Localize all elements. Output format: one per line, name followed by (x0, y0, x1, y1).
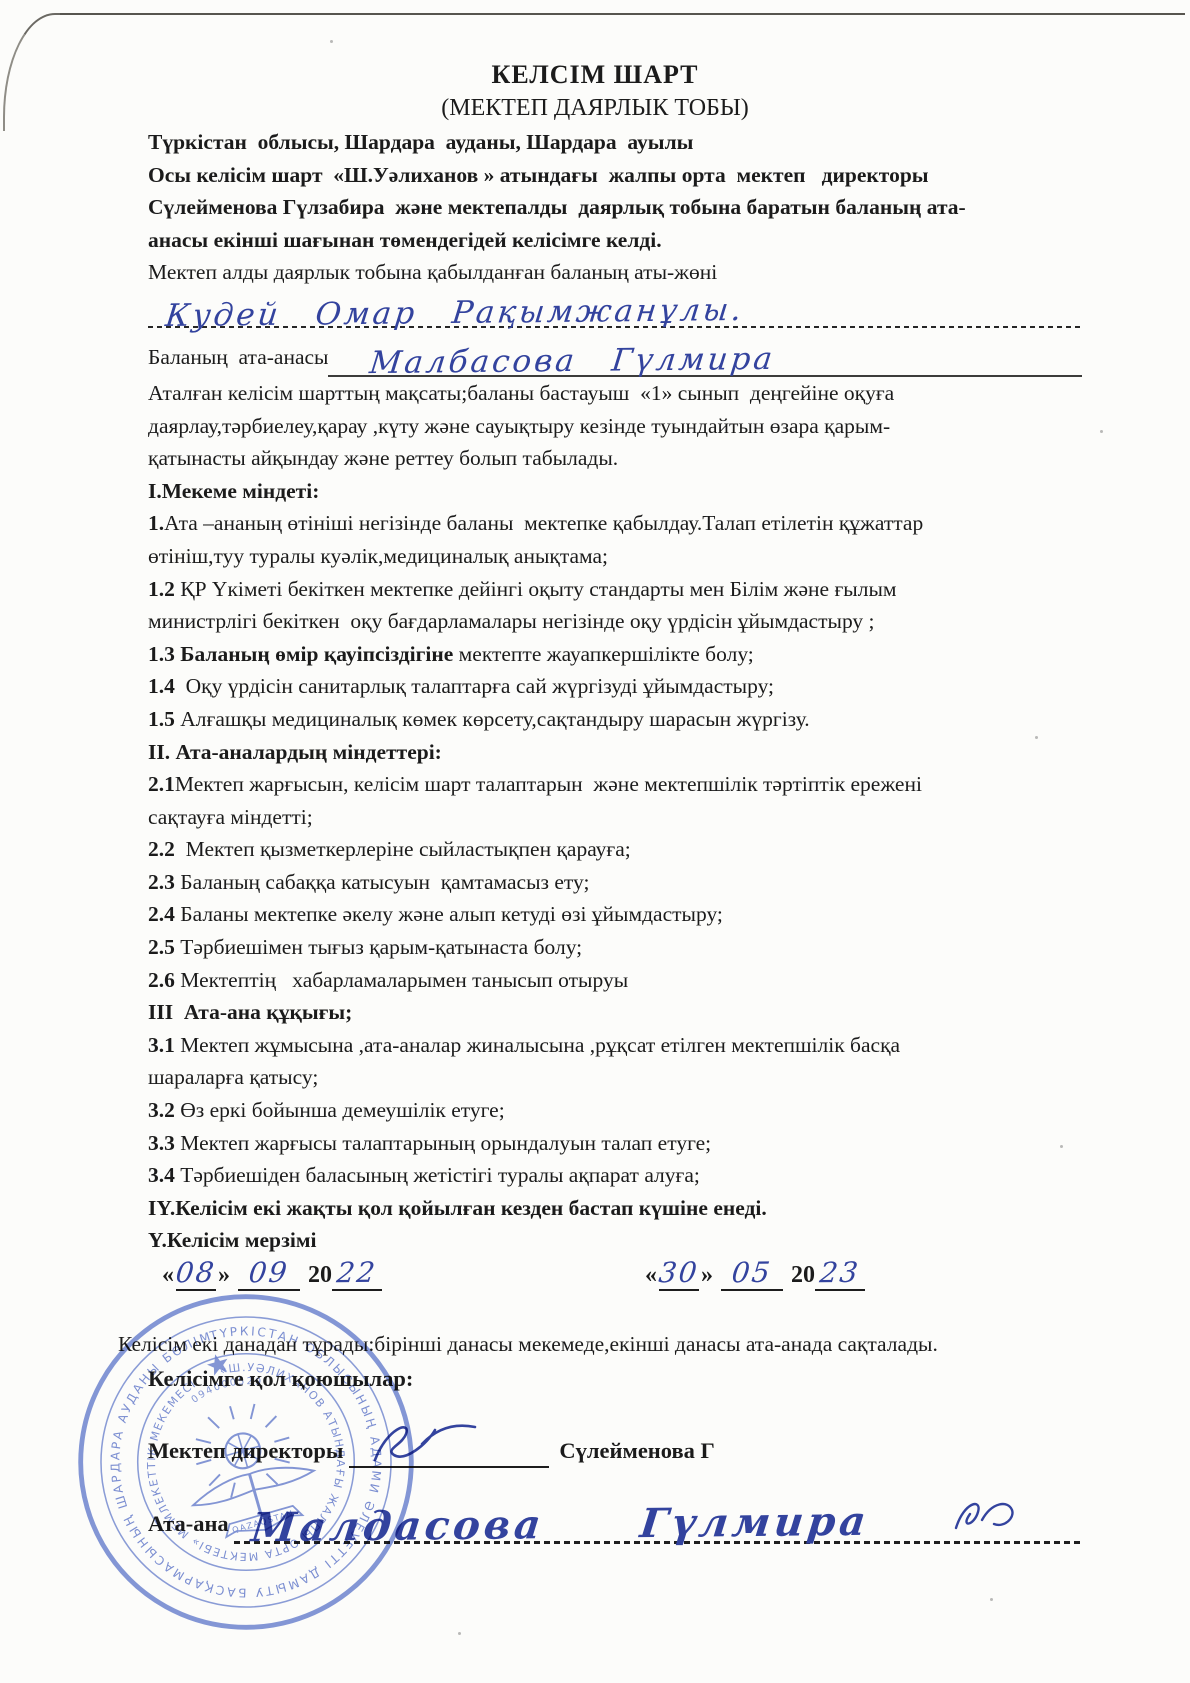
line-bold-text: II. Ата-аналардың міндеттері: (148, 740, 442, 764)
start-date: «08»092022 (162, 1256, 382, 1291)
document-line: 3.4 Тәрбиешіден баласының жетістігі тура… (148, 1159, 1082, 1192)
line-bold-text: III Ата-ана құқығы; (148, 1000, 352, 1024)
line-regular-text: Тәрбиешімен тығыз қарым-қатынаста болу; (175, 935, 582, 959)
document-line: министрлігі бекіткен оқу бағдарламалары … (148, 605, 1082, 638)
document-title: КЕЛСІМ ШАРТ (0, 60, 1190, 90)
document-line: Осы келісім шарт «Ш.Уәлиханов » атындағы… (148, 159, 1082, 192)
director-label: Мектеп директоры (148, 1434, 343, 1468)
line-regular-text: Баланы мектепке әкелу және алып кетуді ө… (175, 902, 723, 926)
document-subtitle: (МЕКТЕП ДАЯРЛЫК ТОБЫ) (0, 95, 1190, 122)
document-line: 3.2 Өз еркі бойынша демеушілік етуге; (148, 1094, 1082, 1127)
document-line: анасы екінші шағынан төмендегідей келісі… (148, 224, 1082, 257)
line-bold-text: 2.5 (148, 935, 175, 959)
document-line: 1.5 Алғашқы медициналық көмек көрсету,са… (148, 703, 1082, 736)
document-line: II. Ата-аналардың міндеттері: (148, 736, 1082, 769)
document-line: 2.3 Баланың сабаққа катысуын қамтамасыз … (148, 866, 1082, 899)
document-line: 2.2 Мектеп қызметкерлеріне сыйластықпен … (148, 833, 1082, 866)
child-name-handwritten-row: Кудей Омар Рақымжанұлы. (148, 289, 1082, 333)
document-line: 2.5 Тәрбиешімен тығыз қарым-қатынаста бо… (148, 931, 1082, 964)
line-regular-text: ҚР Үкіметі бекіткен мектепке дейінгі оқы… (175, 577, 897, 601)
document-line: сақтауға міндетті; (148, 801, 1082, 834)
open-quote: « (162, 1262, 174, 1288)
parent-signature-handwritten: Малдасова Гүлмира (249, 1498, 872, 1551)
line-bold-text: 2.6 (148, 968, 175, 992)
line-regular-text: Аталған келісім шарттың мақсаты;баланы б… (148, 381, 894, 405)
line-bold-text: 2.1 (148, 772, 175, 796)
document-line: 3.3 Мектеп жарғысы талаптарының орындалу… (148, 1127, 1082, 1160)
parent-name-label: Баланың ата-анасы (148, 337, 328, 377)
line-regular-text: Алғашқы медициналық көмек көрсету,сақтан… (175, 707, 810, 731)
document-line: Мектеп алды даярлык тобына қабылданған б… (148, 256, 1082, 289)
document-line: Y.Келісім мерзімі (148, 1224, 1082, 1257)
line-regular-text: қатынасты айқындау және реттеу болып таб… (148, 446, 618, 470)
line-bold-text: 2.3 (148, 870, 175, 894)
document-line: қатынасты айқындау және реттеу болып таб… (148, 442, 1082, 475)
parent-signature-row: Ата-ана Малдасова Гүлмира (148, 1488, 1082, 1544)
line-bold-text: 3.2 (148, 1098, 175, 1122)
scanned-contract-page: КЕЛСІМ ШАРТ (МЕКТЕП ДАЯРЛЫК ТОБЫ) Түркіс… (0, 0, 1190, 1683)
line-regular-text: Өз еркі бойынша демеушілік етуге; (175, 1098, 505, 1122)
line-bold-text: Түркістан облысы, Шардара ауданы, Шардар… (148, 130, 693, 154)
document-line: 2.1Мектеп жарғысын, келісім шарт талапта… (148, 768, 1082, 801)
line-bold-text: IY.Келісім екі жақты қол қойылған кезден… (148, 1196, 767, 1220)
scan-speck (458, 1632, 461, 1635)
parent-signature-line: Малдасова Гүлмира (234, 1488, 1082, 1544)
director-signature-line (349, 1420, 549, 1468)
line-bold-text: 1.4 (148, 674, 175, 698)
document-line: даярлау,тәрбиелеу,қарау ,күту және сауық… (148, 410, 1082, 443)
document-line: 1.2 ҚР Үкіметі бекіткен мектепке дейінгі… (148, 573, 1082, 606)
document-line: 1.4 Оқу үрдісін санитарлық талаптарға са… (148, 670, 1082, 703)
line-regular-text: Тәрбиешіден баласының жетістігі туралы а… (175, 1163, 700, 1187)
document-line: 1.Ата –ананың өтініші негізінде баланы м… (148, 507, 1082, 540)
copies-clause: Келісім екі данадан тұрады:бірінші данас… (118, 1332, 1128, 1357)
child-name-handwritten: Кудей Омар Рақымжанұлы. (164, 292, 747, 334)
line-regular-text: министрлігі бекіткен оқу бағдарламалары … (148, 609, 875, 633)
scan-speck (330, 40, 333, 43)
end-month-handwritten: 05 (730, 1256, 773, 1289)
scan-edge-line (57, 13, 1185, 15)
line-bold-text: 2.4 (148, 902, 175, 926)
line-regular-text: Мектеп жұмысына ,ата-аналар жиналысына ,… (175, 1033, 900, 1057)
close-quote: » (701, 1262, 713, 1288)
scan-speck (1100, 430, 1103, 433)
line-bold-text: Сүлейменова Гүлзабира және мектепалды да… (148, 195, 966, 219)
document-line: 1.3 Баланың өмір қауіпсіздігіне мектепте… (148, 638, 1082, 671)
line-regular-text: Оқу үрдісін санитарлық талаптарға сай жү… (175, 674, 774, 698)
line-regular-text: даярлау,тәрбиелеу,қарау ,күту және сауық… (148, 414, 890, 438)
line-bold-text: анасы екінші шағынан төмендегідей келісі… (148, 228, 662, 252)
line-regular-text: сақтауға міндетті; (148, 805, 313, 829)
start-day-handwritten: 08 (174, 1256, 217, 1289)
document-line: Сүлейменова Гүлзабира және мектепалды да… (148, 191, 1082, 224)
line-regular-text: Баланың сабаққа катысуын қамтамасыз ету; (175, 870, 590, 894)
document-line: Түркістан облысы, Шардара ауданы, Шардар… (148, 126, 1082, 159)
line-bold-text: 1.2 (148, 577, 175, 601)
line-bold-text: 1.5 (148, 707, 175, 731)
document-line: I.Мекеме міндеті: (148, 475, 1082, 508)
line-regular-text: өтініш,туу туралы куәлік,медициналық аны… (148, 544, 608, 568)
line-regular-text: Мектеп алды даярлык тобына қабылданған б… (148, 260, 717, 284)
line-bold-text: 3.4 (148, 1163, 175, 1187)
document-line: шараларға қатысу; (148, 1061, 1082, 1094)
parent-label: Ата-ана (148, 1504, 234, 1544)
end-year-handwritten: 23 (818, 1256, 861, 1289)
document-line: 3.1 Мектеп жұмысына ,ата-аналар жиналысы… (148, 1029, 1082, 1062)
signers-heading: Келісімге қол қоюшылар: (148, 1366, 413, 1392)
document-line: Аталған келісім шарттың мақсаты;баланы б… (148, 377, 1082, 410)
director-signature-row: Мектеп директоры Сүлейменова Г (148, 1420, 715, 1468)
document-line: өтініш,туу туралы куәлік,медициналық аны… (148, 540, 1082, 573)
end-century: 20 (791, 1262, 815, 1288)
document-line: III Ата-ана құқығы; (148, 996, 1082, 1029)
end-day-handwritten: 30 (657, 1256, 700, 1289)
line-bold-text: 3.3 (148, 1131, 175, 1155)
close-quote: » (218, 1262, 230, 1288)
line-bold-text: 1.3 Баланың өмір қауіпсіздігіне (148, 642, 453, 666)
line-bold-text: 1. (148, 511, 164, 535)
line-regular-text: Ата –ананың өтініші негізінде баланы мек… (164, 511, 923, 535)
line-regular-text: Мектеп қызметкерлеріне сыйластықпен қара… (175, 837, 631, 861)
line-regular-text: шараларға қатысу; (148, 1065, 318, 1089)
start-century: 20 (308, 1262, 332, 1288)
scan-speck (990, 1598, 993, 1601)
parent-name-handwritten: Малбасова Гүлмира (368, 341, 777, 381)
line-bold-text: 2.2 (148, 837, 175, 861)
line-regular-text: Мектеп жарғысын, келісім шарт талаптарын… (175, 772, 922, 796)
document-line: 2.6 Мектептің хабарламаларымен танысып о… (148, 964, 1082, 997)
line-regular-text: Мектеп жарғысы талаптарының орындалуын т… (175, 1131, 711, 1155)
parent-name-row: Баланың ата-анасыМалбасова Гүлмира (148, 333, 1082, 377)
start-year-handwritten: 22 (335, 1256, 378, 1289)
signature-flourish-icon (952, 1494, 1018, 1538)
start-month-handwritten: 09 (247, 1256, 290, 1289)
body-lines: Түркістан облысы, Шардара ауданы, Шардар… (148, 126, 1082, 1257)
line-regular-text: Мектептің хабарламаларымен танысып отыру… (175, 968, 628, 992)
line-bold-text: Осы келісім шарт «Ш.Уәлиханов » атындағы… (148, 163, 929, 187)
document-line: 2.4 Баланы мектепке әкелу және алып кету… (148, 898, 1082, 931)
director-signature-icon (367, 1418, 487, 1466)
line-bold-text: 3.1 (148, 1033, 175, 1057)
line-bold-text: I.Мекеме міндеті: (148, 479, 319, 503)
document-line: IY.Келісім екі жақты қол қойылған кезден… (148, 1192, 1082, 1225)
line-regular-text: мектепте жауапкершілікте болу; (453, 642, 753, 666)
line-bold-text: Y.Келісім мерзімі (148, 1228, 316, 1252)
end-date: «30»052023 (645, 1256, 865, 1291)
open-quote: « (645, 1262, 657, 1288)
director-name: Сүлейменова Г (559, 1434, 714, 1468)
underline-fill-line: Малбасова Гүлмира (328, 333, 1082, 377)
